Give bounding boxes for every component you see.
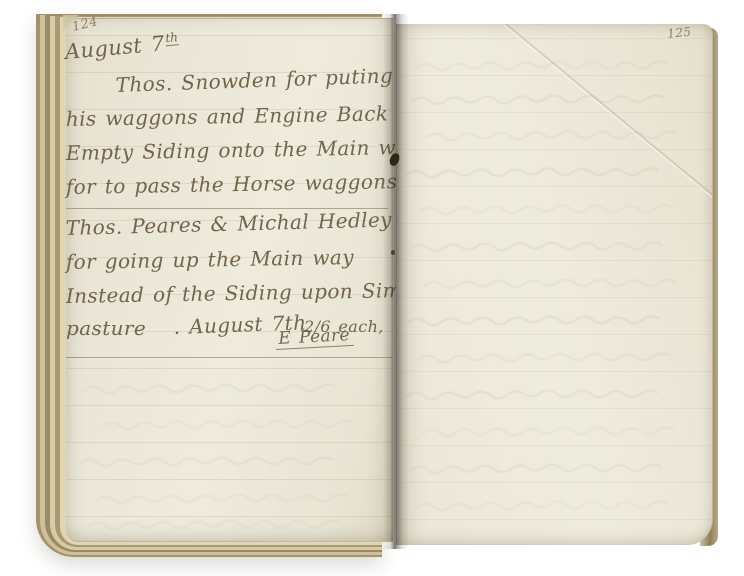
page-crease xyxy=(503,24,713,217)
ghost-writing-show-through xyxy=(66,371,393,541)
handwriting-line: Thos. Snowden for puting xyxy=(115,65,393,95)
handwriting-line: Instead of the Siding upon Sim- xyxy=(66,280,410,306)
handwriting-line: Thos. Peares & Michal Hedley xyxy=(65,209,392,238)
page-number-right: 125 xyxy=(667,26,692,40)
entry-divider xyxy=(66,357,392,358)
handwriting-line: pasture xyxy=(66,318,146,338)
photo-of-open-ledger: 124 August 7th Thos. Snowden for puting … xyxy=(0,0,744,576)
left-page: 124 August 7th Thos. Snowden for puting … xyxy=(66,18,393,542)
ink-speck xyxy=(391,250,395,255)
signature: E Peare xyxy=(275,327,354,350)
handwriting-line: for to pass the Horse waggons 2/6 xyxy=(66,170,440,197)
right-page: 125 xyxy=(396,24,713,545)
entry-date-heading: August 7th xyxy=(64,31,179,63)
handwriting-line: for going up the Main way xyxy=(66,247,354,272)
date-text: August 7 xyxy=(64,31,166,64)
handwriting-line: Empty Siding onto the Main way xyxy=(66,137,421,163)
date-superscript: th xyxy=(165,30,179,46)
ghost-writing-show-through xyxy=(396,24,712,545)
